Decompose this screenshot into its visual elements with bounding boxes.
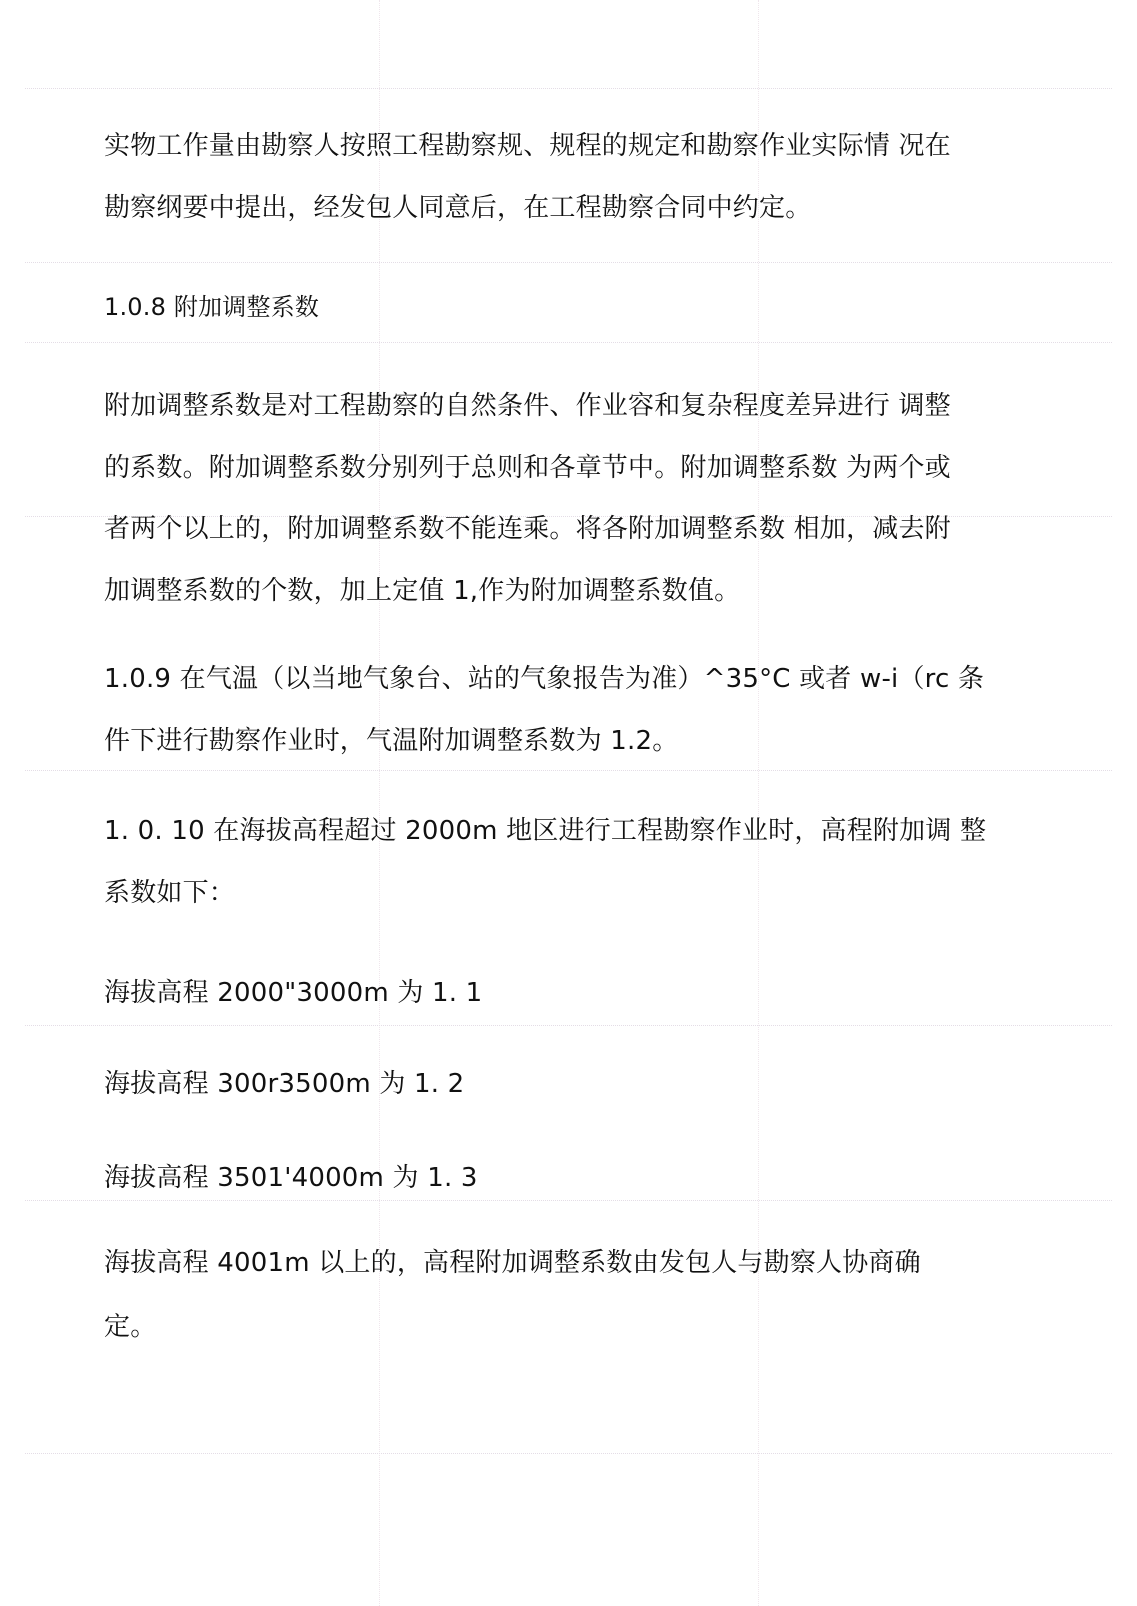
guide-line-vertical-1: [379, 0, 380, 1606]
guide-line-horizontal: [25, 1200, 1112, 1201]
text-line: 实物工作量由勘察人按照工程勘察规、规程的规定和勘察作业实际情 况在: [104, 130, 951, 162]
guide-line-horizontal: [25, 1025, 1112, 1026]
text-line: 者两个以上的，附加调整系数不能连乘。将各附加调整系数 相加，减去附: [104, 513, 951, 545]
guide-line-horizontal: [25, 770, 1112, 771]
guide-line-horizontal: [25, 262, 1112, 263]
guide-line-vertical-2: [758, 0, 759, 1606]
text-line: 的系数。附加调整系数分别列于总则和各章节中。附加调整系数 为两个或: [104, 452, 951, 484]
text-line: 海拔高程 4001m 以上的，高程附加调整系数由发包人与勘察人协商确: [104, 1247, 921, 1279]
text-line: 定。: [104, 1311, 156, 1343]
guide-line-horizontal: [25, 88, 1112, 89]
altitude-range-2000-3000: 海拔高程 2000"3000m 为 1. 1: [104, 977, 482, 1009]
text-line: 勘察纲要中提出，经发包人同意后，在工程勘察合同中约定。: [104, 192, 811, 224]
text-line: 附加调整系数是对工程勘察的自然条件、作业容和复杂程度差异进行 调整: [104, 390, 951, 422]
text-line: 1.0.9 在气温（以当地气象台、站的气象报告为准）^35°C 或者 w-i（r…: [104, 663, 984, 695]
guide-line-horizontal: [25, 342, 1112, 343]
text-line: 系数如下：: [104, 877, 235, 909]
text-line: 1. 0. 10 在海拔高程超过 2000m 地区进行工程勘察作业时，高程附加调…: [104, 815, 986, 847]
altitude-range-3501-4000: 海拔高程 3501'4000m 为 1. 3: [104, 1162, 478, 1194]
section-heading-1-0-8: 1.0.8 附加调整系数: [104, 291, 319, 323]
guide-line-horizontal: [25, 1453, 1112, 1454]
altitude-range-3001-3500: 海拔高程 300r3500m 为 1. 2: [104, 1068, 464, 1100]
text-line: 加调整系数的个数，加上定值 1,作为附加调整系数值。: [104, 575, 740, 607]
text-line: 件下进行勘察作业时，气温附加调整系数为 1.2。: [104, 725, 678, 757]
